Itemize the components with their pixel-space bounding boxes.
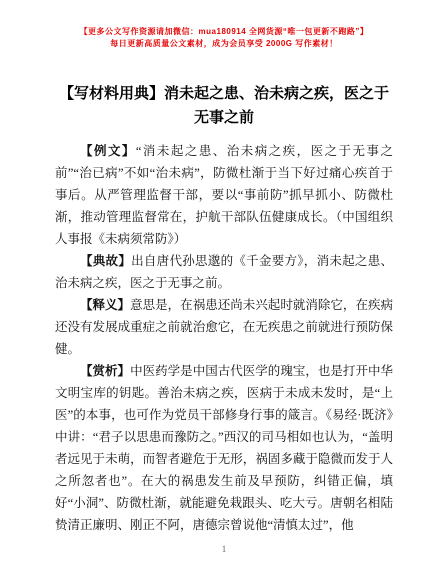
document-title: 【写材料用典】消未起之患、治未病之疾，医之于无事之前 — [52, 82, 396, 130]
page-number: 1 — [0, 544, 448, 554]
paragraph-diangu-label: 【典故】 — [80, 254, 131, 268]
paragraph-shiyi: 【释义】意思是，在祸患还尚未兴起时就消除它，在疾病还没有发展成重症之前就治愈它，… — [55, 294, 393, 360]
paragraph-shangxi: 【赏析】中医药学是中国古代医学的瑰宝，也是打开中华文明宝库的钥匙。善治未病之疾，… — [55, 360, 393, 536]
paragraph-liwen-text: “消未起之患、治未病之疾，医之于无事之前”“治已病”不如“治未病”，防微杜渐于当… — [55, 144, 393, 246]
paragraph-shangxi-label: 【赏析】 — [80, 364, 130, 378]
document-page: 【更多公文写作资源请加微信：mua180914 全网货源“唯一包更新不跑路”】 … — [0, 0, 448, 580]
promo-line-1: 【更多公文写作资源请加微信：mua180914 全网货源“唯一包更新不跑路”】 — [0, 26, 448, 38]
paragraph-shangxi-text: 中医药学是中国古代医学的瑰宝，也是打开中华文明宝库的钥匙。善治未病之疾，医病于未… — [55, 364, 393, 532]
paragraph-shiyi-label: 【释义】 — [80, 298, 130, 312]
paragraph-liwen: 【例文】“消未起之患、治未病之疾，医之于无事之前”“治已病”不如“治未病”，防微… — [55, 140, 393, 250]
paragraph-diangu: 【典故】出自唐代孙思邈的《千金要方》，消未起之患、治未病之疾，医之于无事之前。 — [55, 250, 393, 294]
paragraph-liwen-label: 【例文】 — [80, 144, 136, 158]
promo-header: 【更多公文写作资源请加微信：mua180914 全网货源“唯一包更新不跑路”】 … — [0, 0, 448, 50]
document-body: 【例文】“消未起之患、治未病之疾，医之于无事之前”“治已病”不如“治未病”，防微… — [55, 140, 393, 536]
promo-line-2: 每日更新高质量公文素材，成为会员享受 2000G 写作素材！ — [0, 38, 448, 50]
